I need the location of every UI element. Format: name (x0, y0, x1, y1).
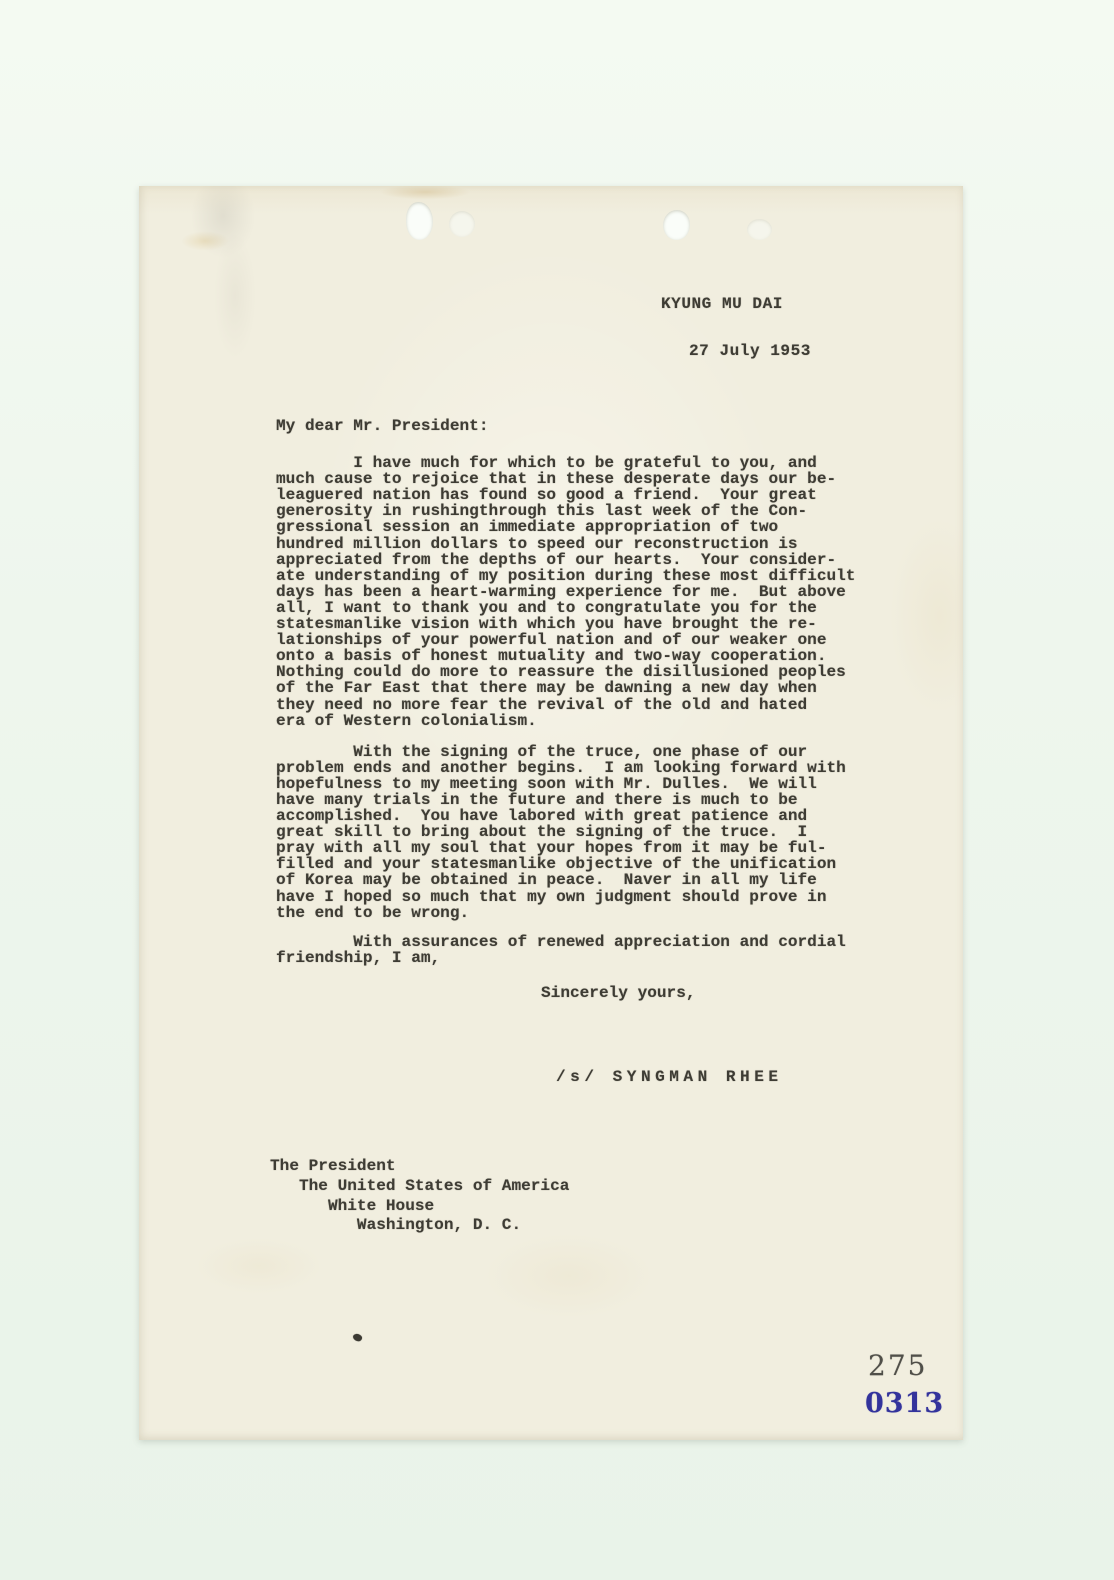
signature-line: /s/ SYNGMAN RHEE (556, 1069, 916, 1085)
letter-body: My dear Mr. President: I have much for w… (276, 418, 916, 1236)
body-paragraph-2: With the signing of the truce, one phase… (276, 744, 916, 921)
recipient-address: The President The United States of Ameri… (270, 1157, 916, 1236)
punch-hole (663, 210, 690, 240)
closing-line: Sincerely yours, (541, 985, 916, 1001)
punch-hole (449, 211, 475, 237)
folio-number-stamp: 0313 (865, 1390, 944, 1417)
ink-speck (352, 1332, 363, 1343)
body-paragraph-3: With assurances of renewed appreciation … (276, 934, 916, 966)
scan-background: { "page": { "background_color": "#edf5ec… (0, 0, 1114, 1580)
punch-hole (747, 219, 772, 240)
body-paragraph-1: I have much for which to be grateful to … (276, 455, 916, 729)
letter-page: KYUNG MU DAI 27 July 1953 My dear Mr. Pr… (139, 186, 963, 1440)
page-number-stamp: 275 (868, 1352, 927, 1380)
punch-hole (406, 202, 433, 240)
salutation: My dear Mr. President: (276, 418, 916, 434)
letterhead: KYUNG MU DAI (661, 296, 783, 312)
date-line: 27 July 1953 (689, 343, 811, 359)
